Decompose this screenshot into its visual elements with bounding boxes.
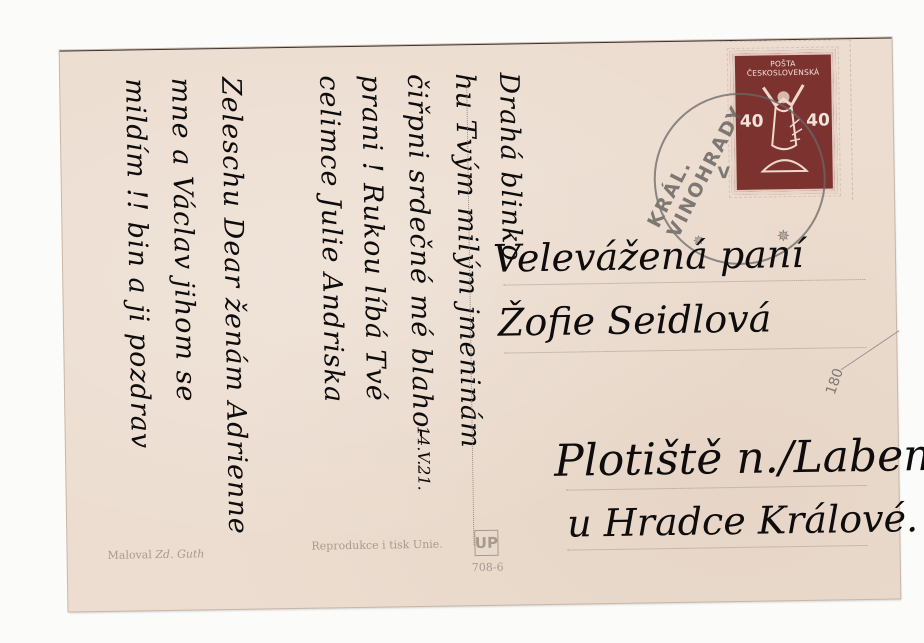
artist-prefix: Maloval [107,548,151,562]
pencil-mark-line [841,330,900,370]
printer-credit: Reprodukce i tisk Unie. [311,538,443,553]
address-salutation: Velevážená paní [493,232,804,281]
pencil-price-note: 180 [823,366,847,396]
message-line-5: celimce Julie Andriska [308,75,356,596]
address-recipient: Žofie Seidlová [498,296,772,344]
address-region: u Hradce Králové. [567,496,919,546]
message-line-7: mne a Václav jihom se [160,77,208,598]
address-line-rule-1 [503,279,865,286]
postmark-date: V [717,163,732,182]
postcard: Drahá blinko hu Tvým milým jmeninám čiřp… [60,38,901,612]
catalog-number: 708-6 [472,561,504,574]
postmark-town: KRÁL. VINOHRADY [643,79,755,241]
publisher-logo-icon: UP [474,530,498,556]
message-line-6: Zeleschu Dear ženám Adrienne [210,77,258,598]
address-line-rule-4 [568,545,868,551]
message-line-8: mildím !! bin a ji pozdrav [114,78,162,599]
address-line-rule-2 [504,347,866,354]
artist-name: Zd. Guth [155,547,204,561]
address-town: Plotiště n./Labem [554,430,924,487]
artist-credit: Maloval Zd. Guth [107,547,204,562]
message-line-4: prani ! Rukou líbá Tvé [350,74,398,595]
message-date: 14.V.21. [414,426,439,506]
message-line-3: čiřpni srdečné mé blaho- [396,74,444,595]
